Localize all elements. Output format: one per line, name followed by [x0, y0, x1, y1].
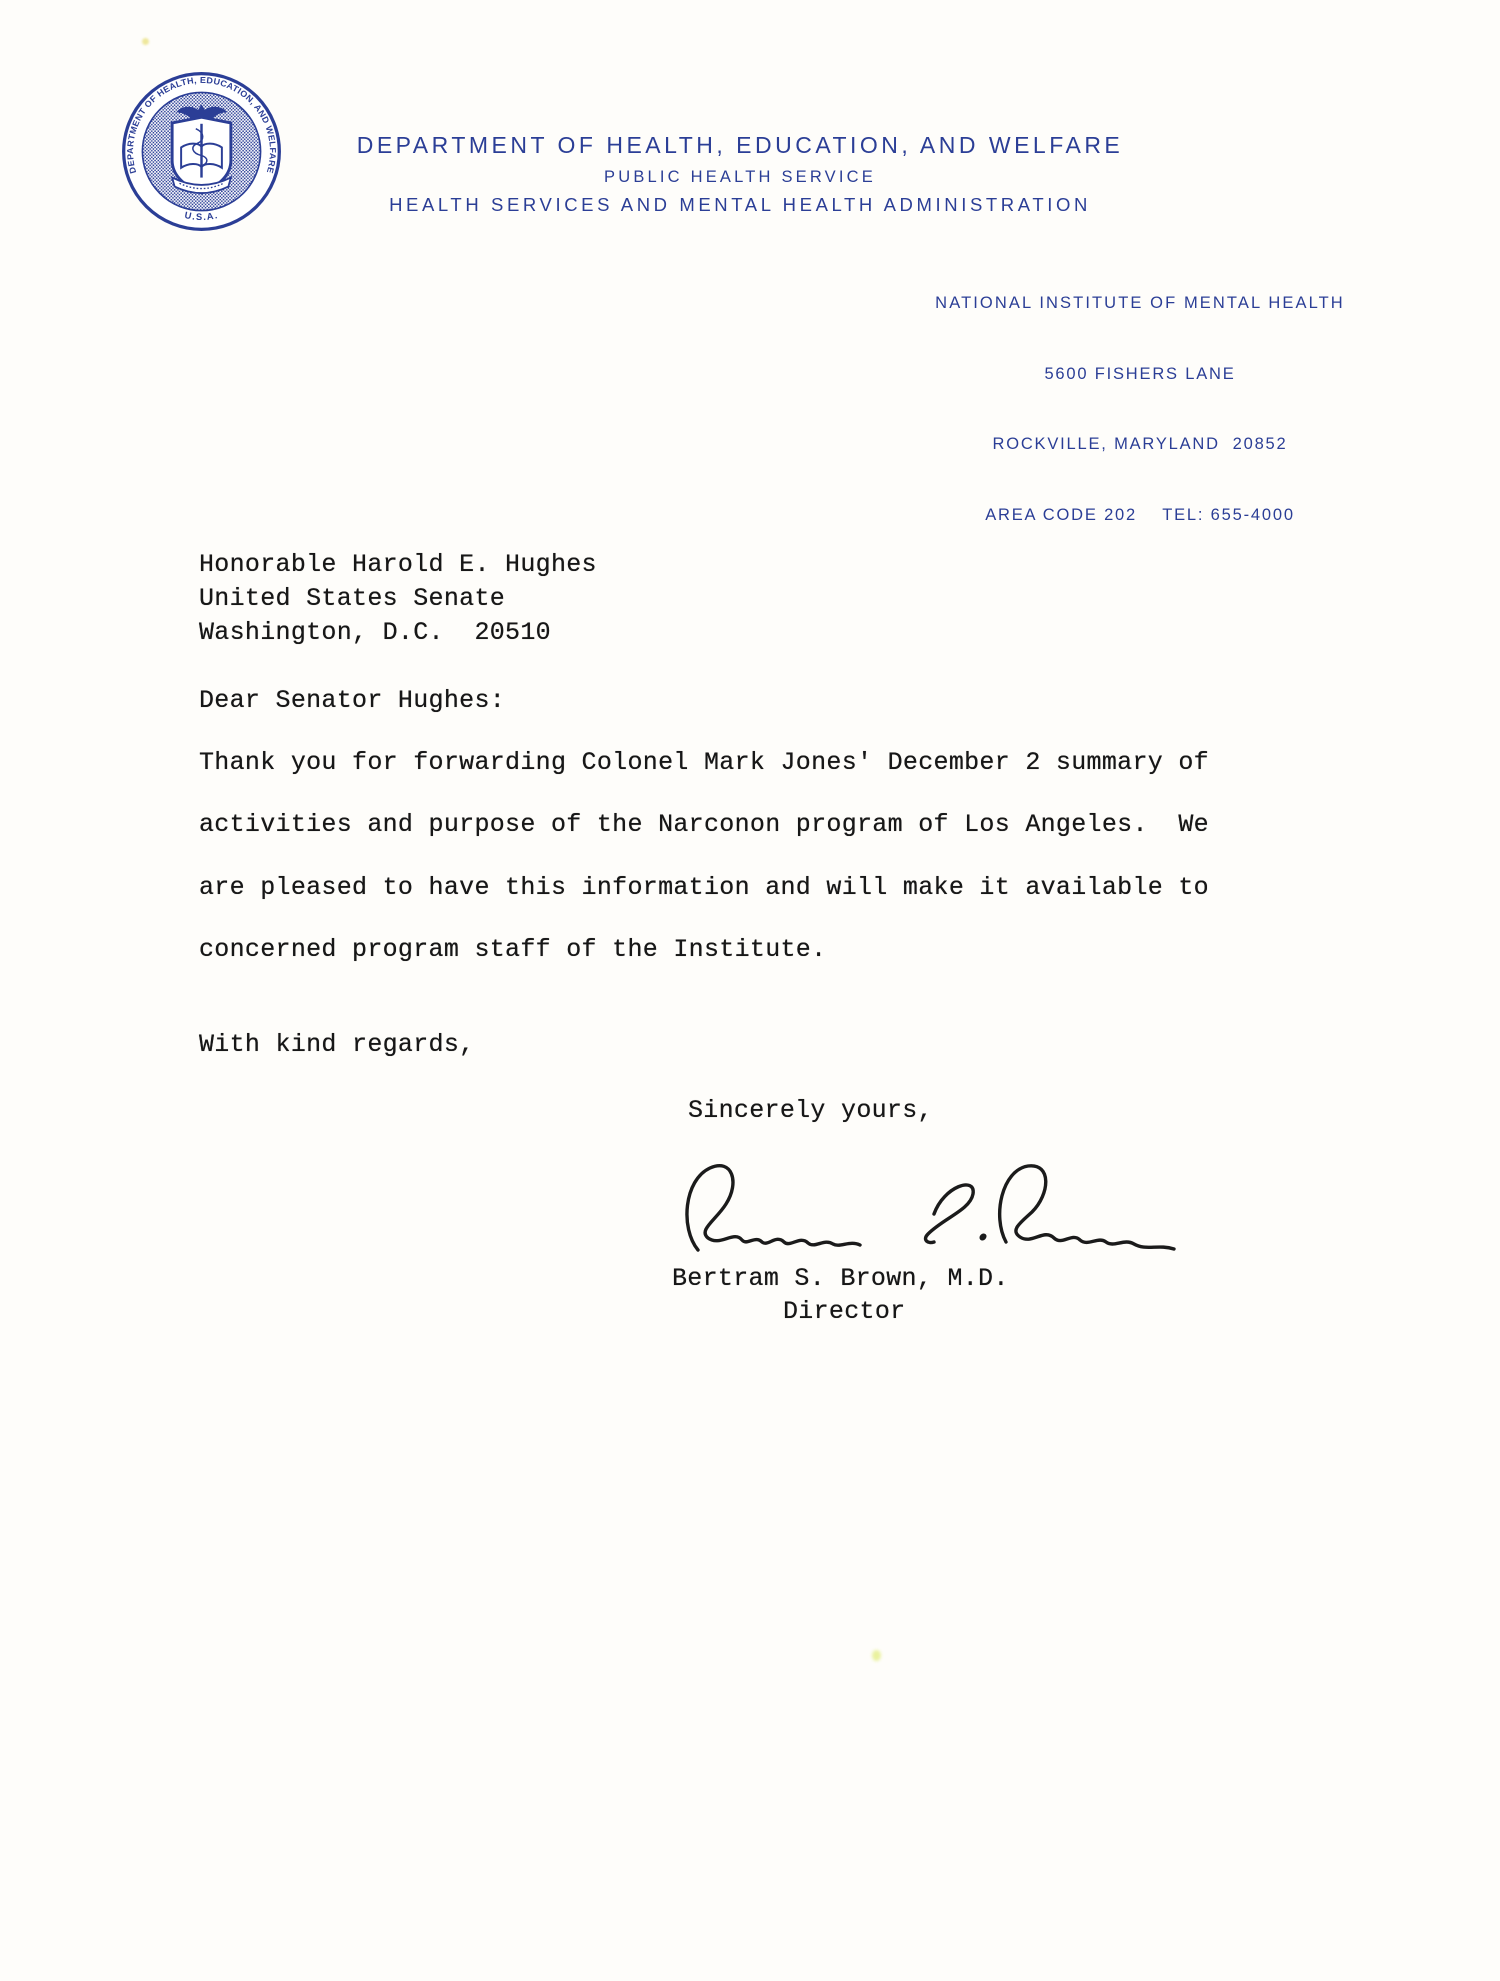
- recipient-org: United States Senate: [199, 584, 505, 613]
- closing-line: Sincerely yours,: [688, 1096, 933, 1125]
- body-line: activities and purpose of the Narconon p…: [199, 810, 1209, 839]
- body-line: Thank you for forwarding Colonel Mark Jo…: [199, 748, 1209, 777]
- salutation: Dear Senator Hughes:: [199, 686, 505, 715]
- seal-graphic: DEPARTMENT OF HEALTH, EDUCATION, AND WEL…: [120, 70, 283, 233]
- hew-department-seal-icon: DEPARTMENT OF HEALTH, EDUCATION, AND WEL…: [120, 70, 283, 233]
- letterhead-department: DEPARTMENT OF HEALTH, EDUCATION, AND WEL…: [300, 132, 1180, 159]
- office-phone: AREA CODE 202 TEL: 655-4000: [930, 504, 1350, 528]
- office-address-line1: 5600 FISHERS LANE: [930, 363, 1350, 387]
- recipient-name: Honorable Harold E. Hughes: [199, 550, 597, 579]
- body-line: concerned program staff of the Institute…: [199, 935, 826, 964]
- regards-line: With kind regards,: [199, 1030, 474, 1059]
- signer-name: Bertram S. Brown, M.D.: [672, 1264, 1009, 1293]
- recipient-city: Washington, D.C. 20510: [199, 618, 551, 647]
- office-address-line2: ROCKVILLE, MARYLAND 20852: [930, 433, 1350, 457]
- signature-ink: [676, 1150, 1181, 1268]
- letterhead: DEPARTMENT OF HEALTH, EDUCATION, AND WEL…: [300, 132, 1180, 216]
- signer-title: Director: [783, 1297, 905, 1326]
- scan-artifact-dot: [142, 38, 149, 45]
- letterhead-service: PUBLIC HEALTH SERVICE: [300, 168, 1180, 187]
- office-address-block: NATIONAL INSTITUTE OF MENTAL HEALTH 5600…: [930, 245, 1350, 574]
- body-line: are pleased to have this information and…: [199, 873, 1209, 902]
- office-name: NATIONAL INSTITUTE OF MENTAL HEALTH: [930, 292, 1350, 316]
- scan-artifact-dot: [872, 1650, 881, 1661]
- scanned-letter-page: DEPARTMENT OF HEALTH, EDUCATION, AND WEL…: [0, 0, 1500, 1981]
- letterhead-administration: HEALTH SERVICES AND MENTAL HEALTH ADMINI…: [300, 194, 1180, 216]
